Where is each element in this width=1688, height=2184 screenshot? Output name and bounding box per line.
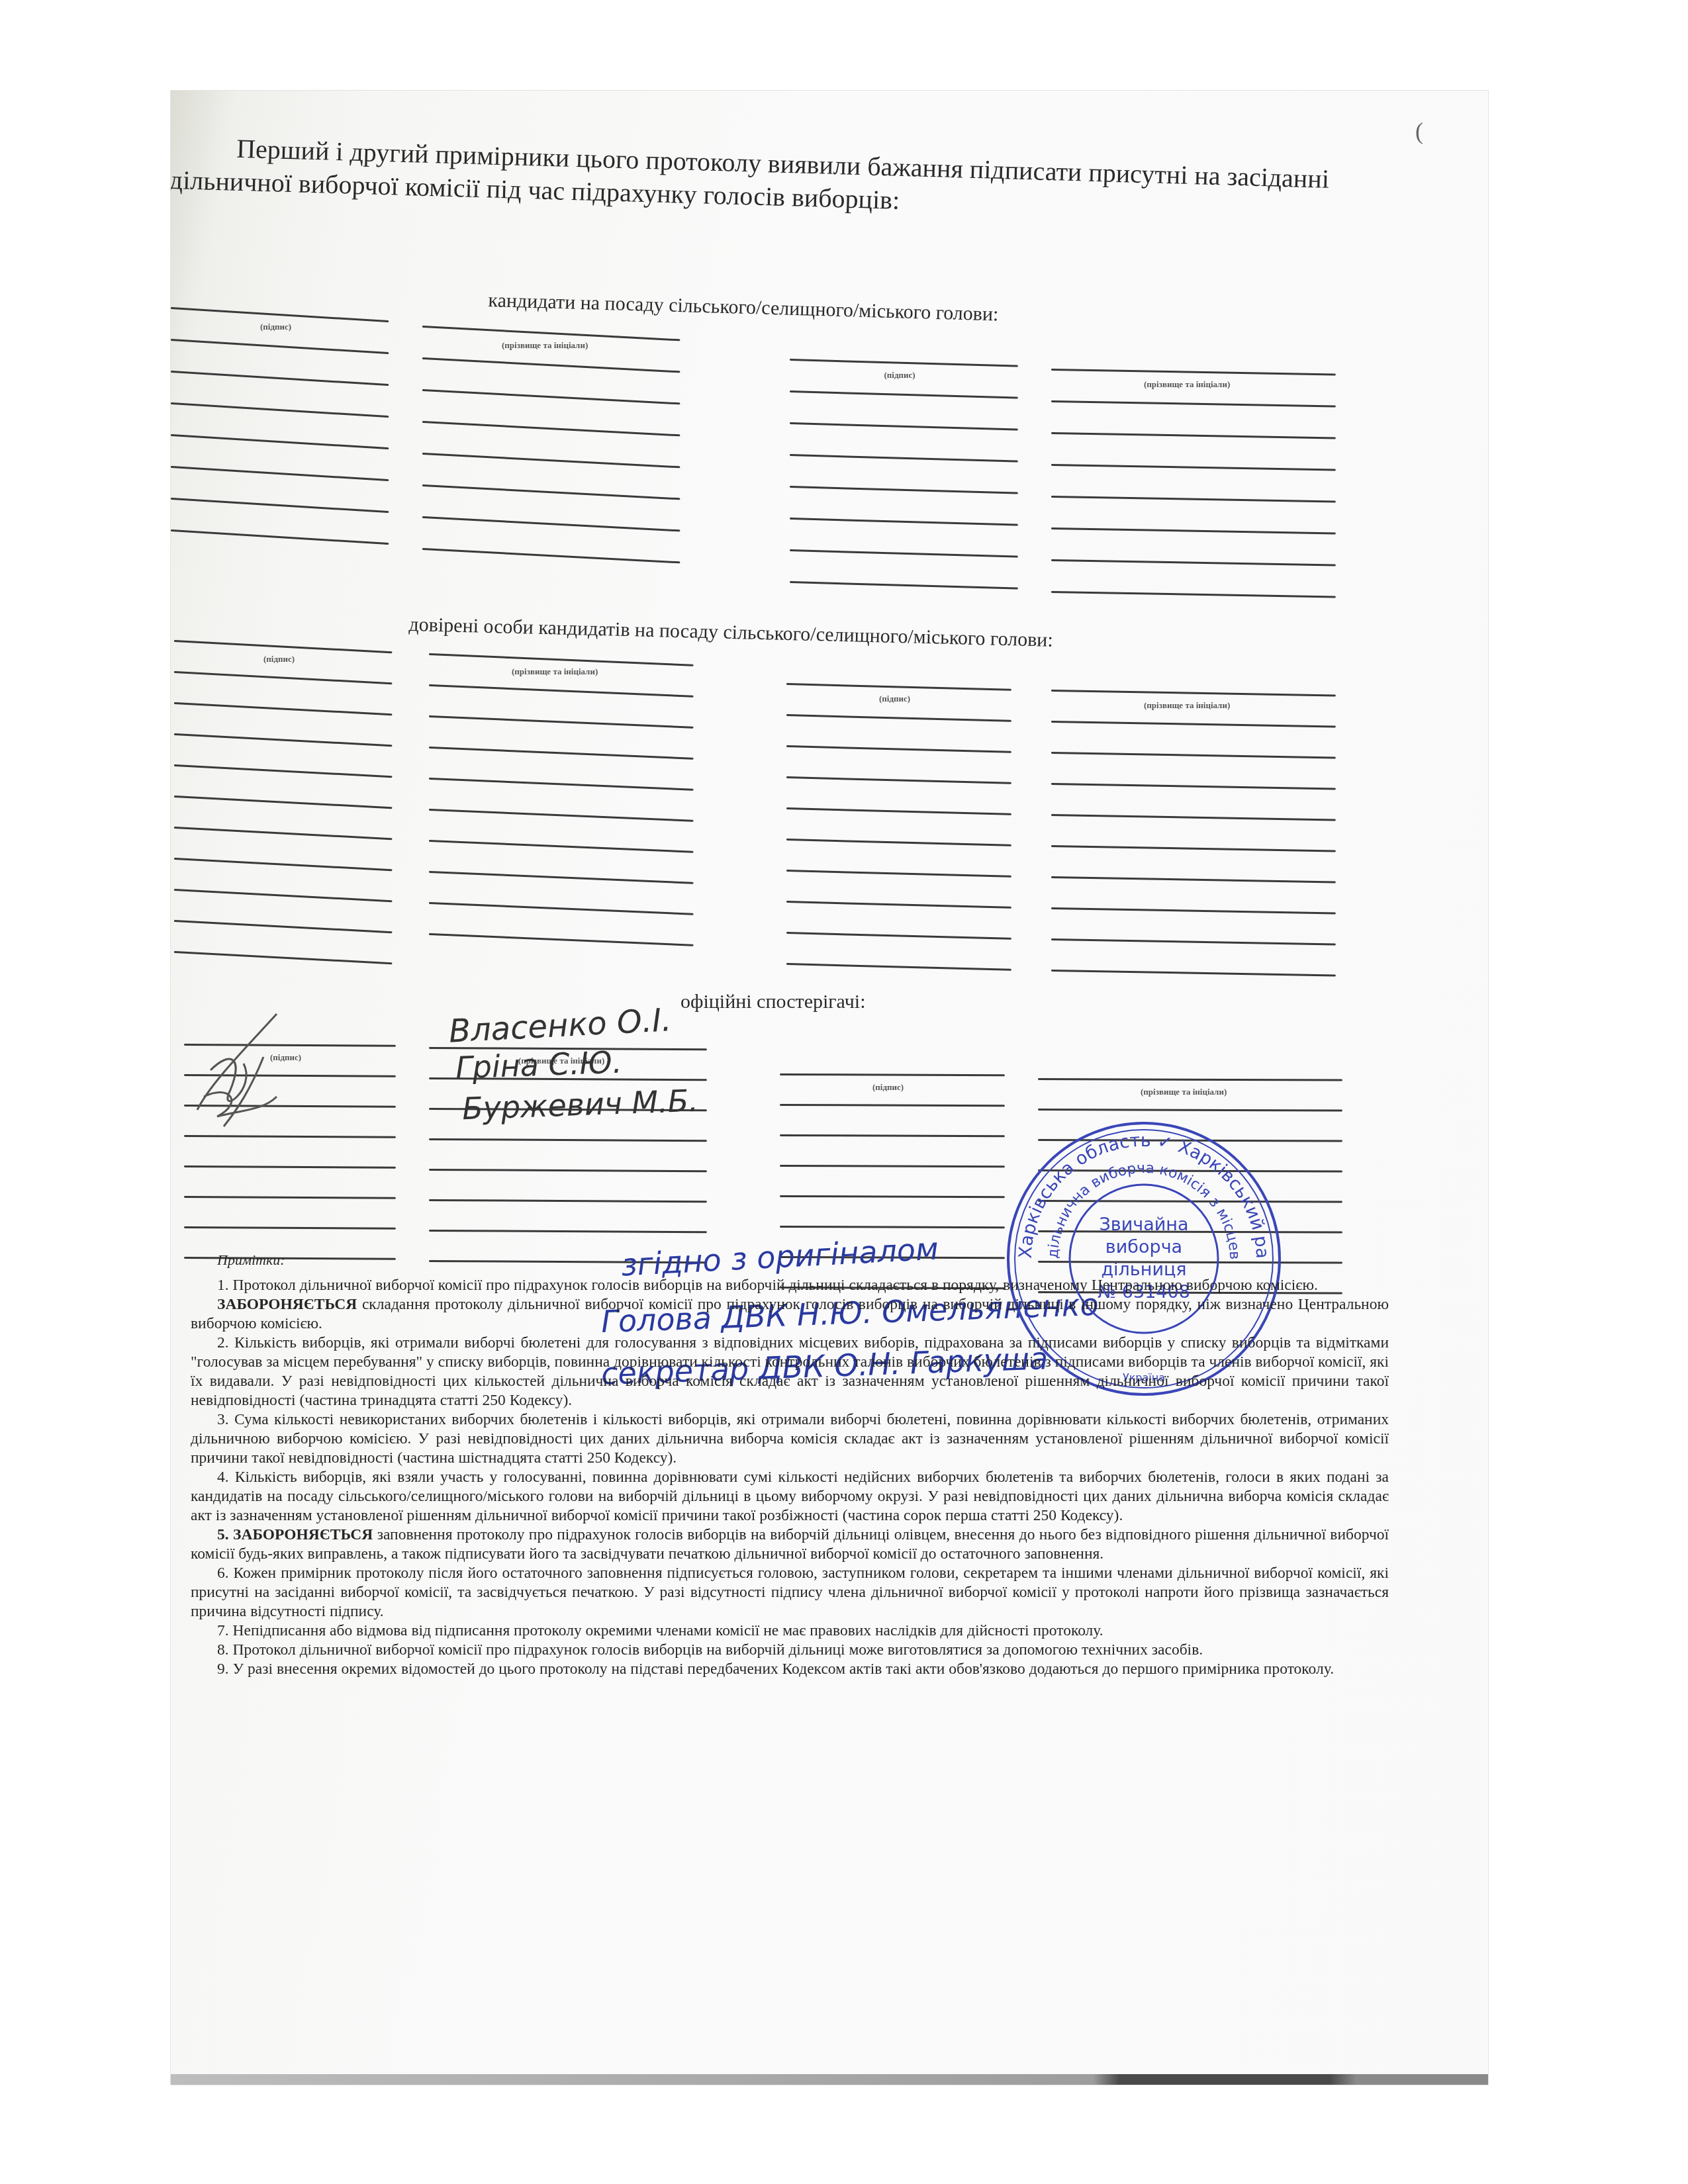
signature-line xyxy=(1051,400,1336,408)
signature-line xyxy=(174,671,393,684)
signature-line xyxy=(786,963,1011,971)
signature-line xyxy=(786,932,1011,940)
note-7: 7. Непідписання або відмова від підписан… xyxy=(191,1621,1389,1641)
note-6: 6. Кожен примірник протоколу після його … xyxy=(191,1564,1389,1621)
signature-line xyxy=(171,498,389,513)
signature-line xyxy=(429,747,694,760)
name-caption: (прізвище та ініціали) xyxy=(512,666,598,677)
signature-line xyxy=(429,653,694,666)
notes-section: Примітки: 1. Протокол дільничної виборчо… xyxy=(191,1250,1389,1679)
signature-line xyxy=(429,871,694,884)
name-caption: (прізвище та ініціали) xyxy=(1141,1087,1227,1097)
signature-line xyxy=(429,715,694,729)
signature-caption: (підпис) xyxy=(260,322,291,332)
signature-line xyxy=(786,901,1011,909)
forbidden-label: ЗАБОРОНЯЄТЬСЯ xyxy=(233,1526,373,1543)
document-page: Перший і другий примірники цього протоко… xyxy=(171,91,1488,2085)
signature-line xyxy=(422,357,680,373)
signature-line xyxy=(429,1138,707,1142)
signature-line xyxy=(1051,369,1336,376)
signature-line xyxy=(786,714,1011,722)
signature-line xyxy=(1051,432,1336,439)
signature-line xyxy=(786,807,1011,815)
observer-signature-scribble xyxy=(184,1011,310,1130)
signature-line xyxy=(174,640,393,653)
signature-caption: (підпис) xyxy=(263,654,295,664)
signature-line xyxy=(171,402,389,418)
signature-line xyxy=(780,1104,1005,1107)
signature-line xyxy=(174,858,393,871)
signature-line xyxy=(1051,876,1336,884)
signature-line xyxy=(174,796,393,809)
signature-caption: (підпис) xyxy=(879,694,910,704)
signature-line xyxy=(786,683,1011,691)
signature-caption: (підпис) xyxy=(884,370,915,381)
signature-line xyxy=(790,486,1018,494)
signature-line xyxy=(786,870,1011,878)
note-5-number: 5. xyxy=(217,1526,233,1543)
signature-line xyxy=(1051,496,1336,503)
signature-line xyxy=(1038,1109,1342,1112)
signature-line xyxy=(790,581,1018,590)
forbidden-label: ЗАБОРОНЯЄТЬСЯ xyxy=(217,1296,357,1313)
signature-line xyxy=(422,453,680,468)
signature-line xyxy=(1051,783,1336,790)
signature-line xyxy=(422,326,680,341)
observer-name-3: Буржевич М.Б. xyxy=(461,1083,699,1126)
signature-line xyxy=(786,839,1011,846)
signature-line xyxy=(422,421,680,436)
signature-line xyxy=(171,371,389,386)
signature-line xyxy=(174,827,393,840)
signature-line xyxy=(1051,527,1336,535)
signature-line xyxy=(1051,591,1336,598)
candidates-section-title: кандидати на посаду сільського/селищного… xyxy=(488,289,999,326)
signature-line xyxy=(422,516,680,531)
note-2: 2. Кількість виборців, які отримали вибо… xyxy=(191,1334,1389,1410)
observers-section-title: офіційні спостерігачі: xyxy=(680,991,865,1013)
signature-line xyxy=(184,1135,396,1138)
signature-line xyxy=(1051,970,1336,977)
signature-line xyxy=(429,1230,707,1233)
signature-line xyxy=(780,1073,1005,1076)
signature-line xyxy=(429,809,694,822)
stamp-line-1: Звичайна xyxy=(1099,1214,1188,1236)
proxies-section-title: довірені особи кандидатів на посаду сіль… xyxy=(408,614,1053,652)
signature-line xyxy=(429,684,694,698)
signature-line xyxy=(1051,814,1336,821)
signature-line xyxy=(171,434,389,449)
signature-line xyxy=(1051,690,1336,697)
signature-line xyxy=(171,529,389,545)
signature-line xyxy=(780,1195,1005,1198)
signature-line xyxy=(1051,845,1336,852)
signature-line xyxy=(429,778,694,791)
note-8: 8. Протокол дільничної виборчої комісії … xyxy=(191,1641,1389,1660)
signature-line xyxy=(184,1226,396,1230)
signature-line xyxy=(1051,464,1336,471)
note-3: 3. Сума кількості невикористаних виборчи… xyxy=(191,1410,1389,1468)
signature-line xyxy=(790,454,1018,463)
signature-line xyxy=(1051,721,1336,728)
signature-line xyxy=(790,422,1018,431)
signature-line xyxy=(174,702,393,715)
signature-line xyxy=(1038,1078,1342,1081)
signature-line xyxy=(422,548,680,563)
signature-line xyxy=(790,359,1018,367)
signature-line xyxy=(1051,752,1336,759)
signature-line xyxy=(1051,938,1336,946)
signature-line xyxy=(780,1226,1005,1228)
scan-edge xyxy=(171,2074,1488,2085)
signature-line xyxy=(780,1134,1005,1137)
signature-line xyxy=(174,764,393,778)
signature-line xyxy=(184,1196,396,1199)
note-5: 5. ЗАБОРОНЯЄТЬСЯ заповнення протоколу пр… xyxy=(191,1525,1389,1564)
observer-name-2: Гріна С.Ю. xyxy=(455,1044,622,1086)
signature-line xyxy=(790,549,1018,558)
note-4: 4. Кількість виборців, які взяли участь … xyxy=(191,1468,1389,1525)
signature-line xyxy=(422,484,680,500)
stray-mark: ( xyxy=(1415,117,1423,145)
signature-line xyxy=(184,1165,396,1169)
signature-line xyxy=(429,902,694,915)
signature-line xyxy=(174,951,393,964)
name-caption: (прізвище та ініціали) xyxy=(1144,700,1230,711)
signature-line xyxy=(1051,559,1336,567)
signature-line xyxy=(780,1165,1005,1167)
signature-line xyxy=(174,733,393,747)
signature-line xyxy=(429,1169,707,1172)
signature-line xyxy=(429,933,694,946)
signature-line xyxy=(1051,907,1336,915)
signature-line xyxy=(171,466,389,481)
signature-line xyxy=(171,339,389,354)
note-9: 9. У разі внесення окремих відомостей до… xyxy=(191,1660,1389,1679)
name-caption: (прізвище та ініціали) xyxy=(502,340,588,351)
signature-line xyxy=(171,307,389,322)
signature-line xyxy=(786,745,1011,753)
signature-line xyxy=(429,840,694,853)
forbidden-text: складання протоколу дільничної виборчої … xyxy=(191,1296,1389,1332)
signature-caption: (підпис) xyxy=(872,1082,904,1093)
signature-line xyxy=(429,1199,707,1203)
signature-line xyxy=(422,389,680,404)
intro-paragraph: Перший і другий примірники цього протоко… xyxy=(171,130,1428,232)
signature-line xyxy=(174,920,393,933)
name-caption: (прізвище та ініціали) xyxy=(1144,379,1230,390)
signature-line xyxy=(790,390,1018,399)
signature-line xyxy=(174,889,393,902)
notes-heading: Примітки: xyxy=(217,1250,1389,1269)
signature-line xyxy=(790,518,1018,526)
note-forbidden-1: ЗАБОРОНЯЄТЬСЯ складання протоколу дільни… xyxy=(191,1295,1389,1334)
note-1: 1. Протокол дільничної виборчої комісії … xyxy=(191,1276,1389,1295)
observer-name-1: Власенко О.І. xyxy=(448,1001,673,1050)
signature-line xyxy=(786,776,1011,784)
